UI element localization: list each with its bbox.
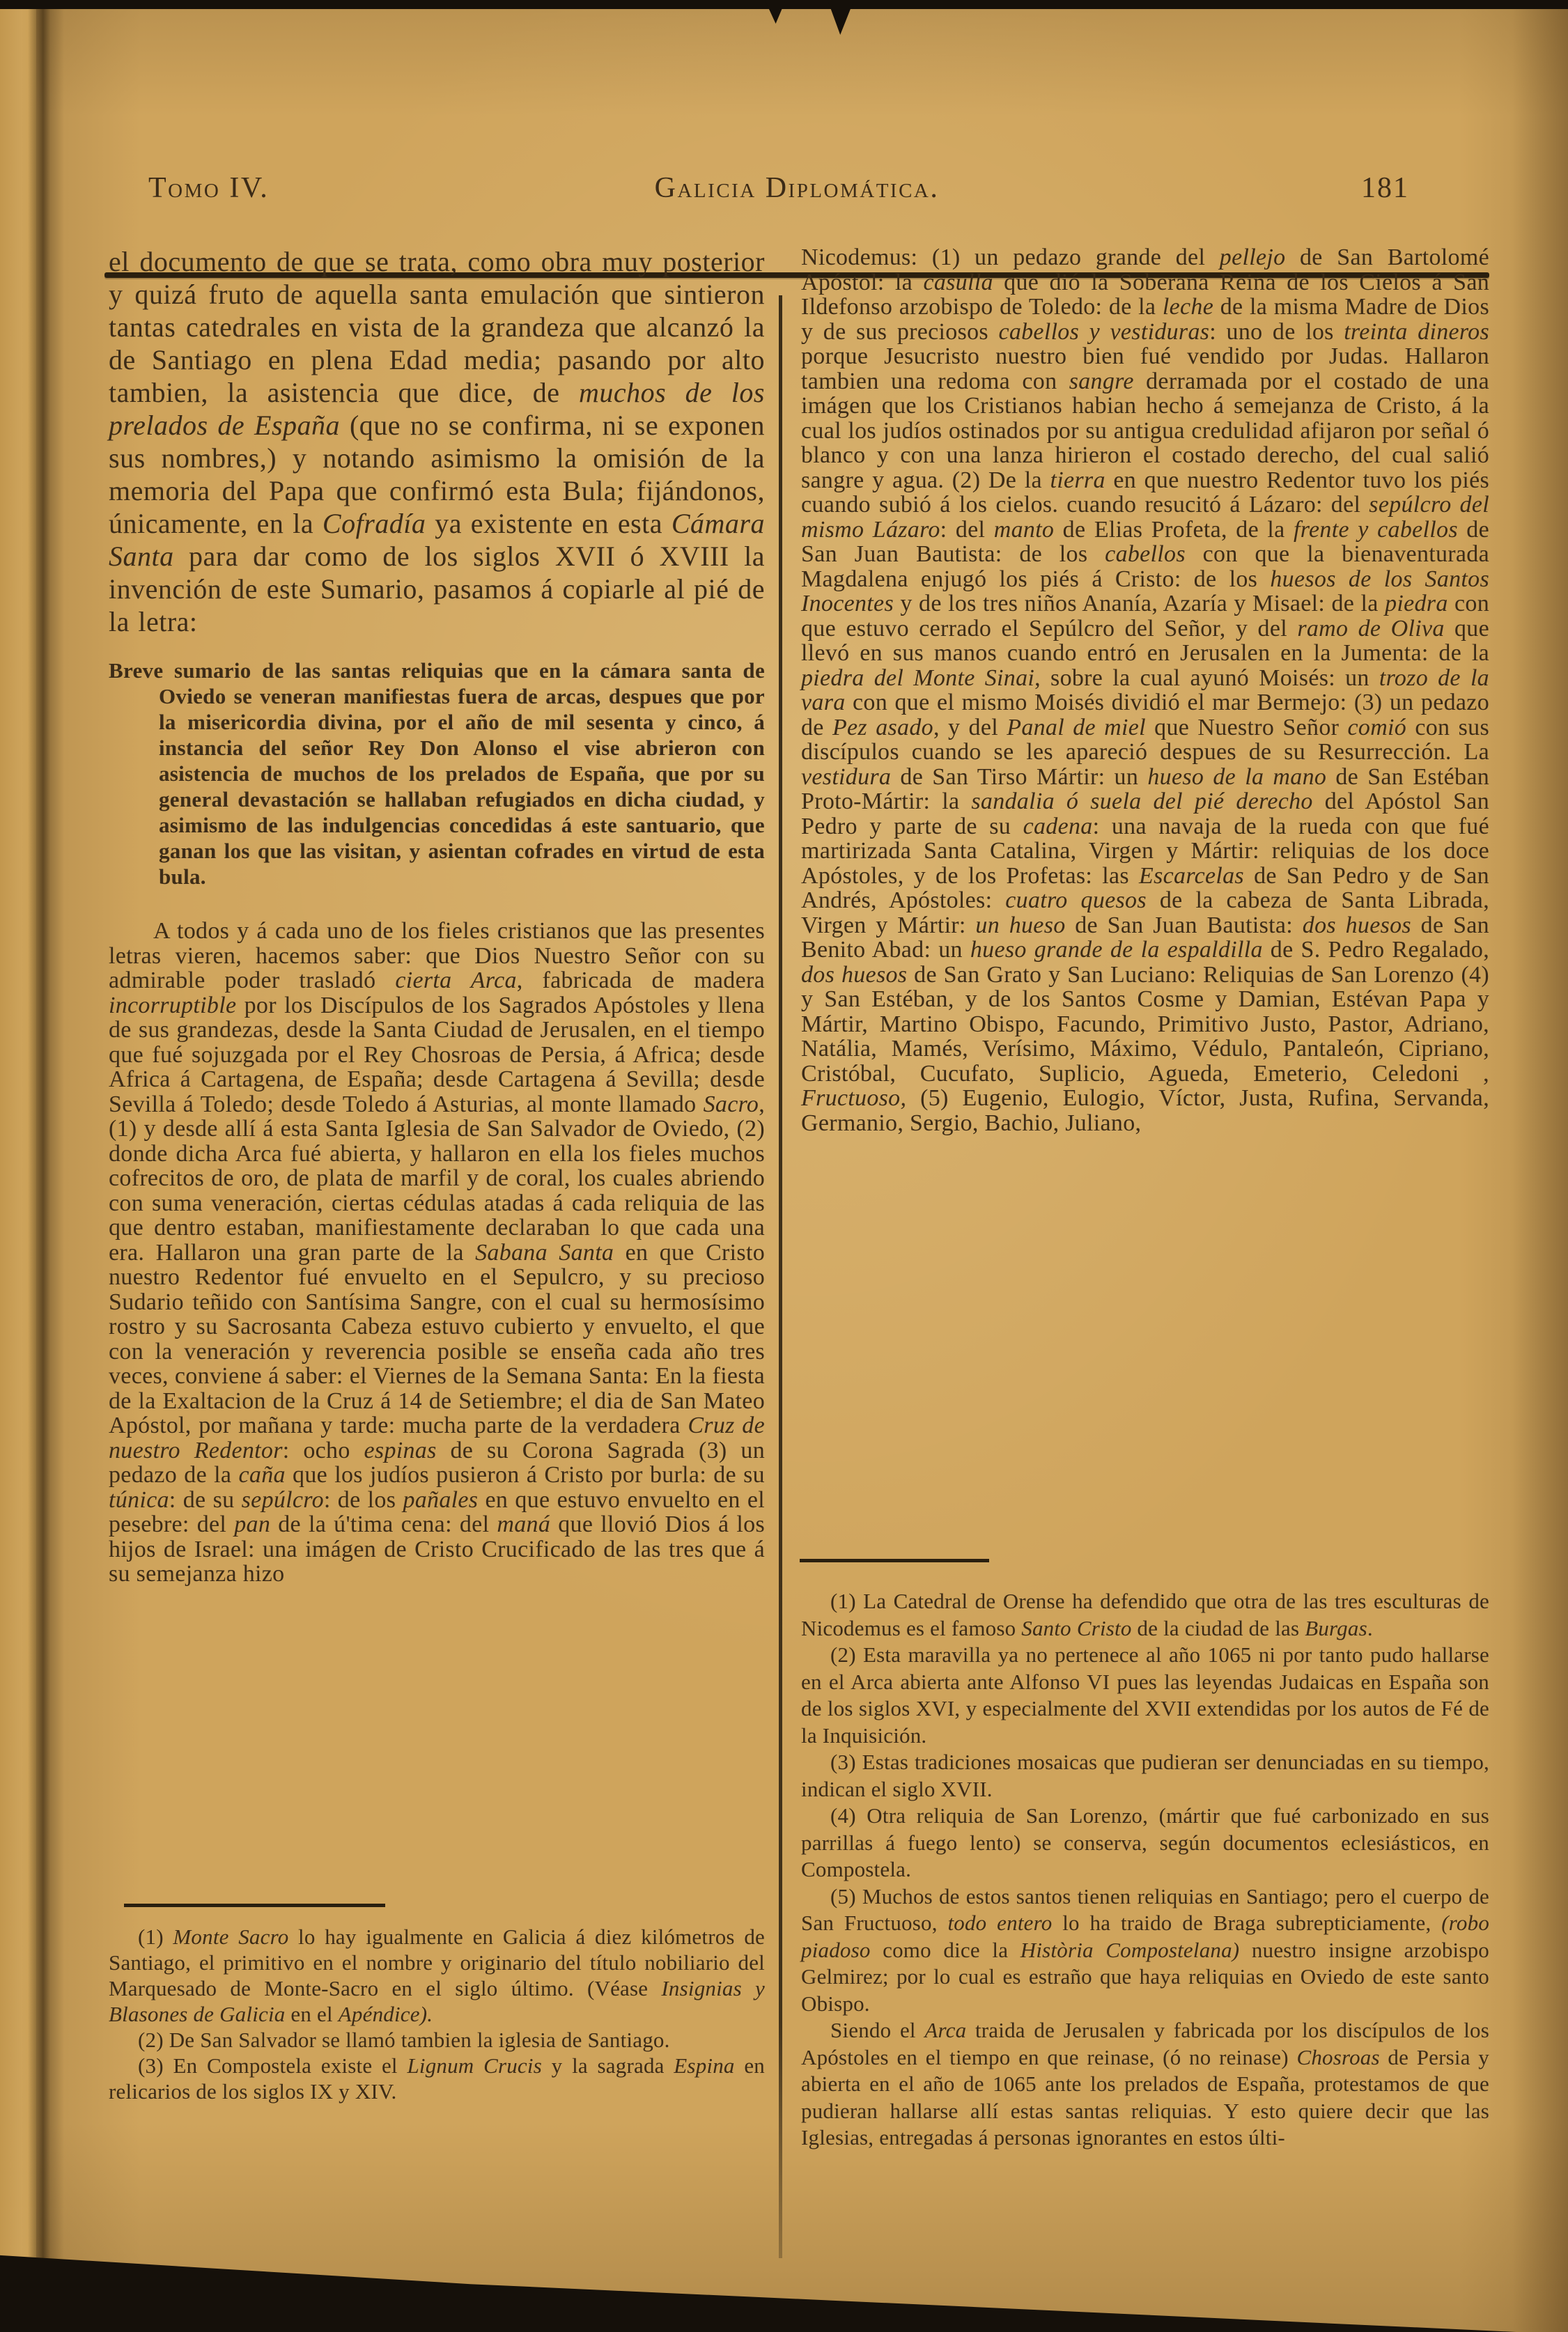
scan-edge-notch (765, 0, 786, 24)
scan-edge-notch (828, 0, 854, 35)
page-number: 181 (1361, 171, 1409, 205)
right-footnotes: (1) La Catedral de Orense ha defendido q… (801, 1588, 1489, 2152)
paragraph-breve-sumario: Breve sumario de las santas reliquias qu… (109, 658, 765, 889)
scan-edge-right-shading (1512, 0, 1568, 2332)
footnote-2: (2) Esta maravilla ya no pertenece al añ… (801, 1642, 1489, 1749)
right-column: Nicodemus: (1) un pedazo grande del pell… (801, 245, 1489, 1135)
footnote-closing: Siendo el Arca traida de Jerusalen y fab… (801, 2017, 1489, 2152)
footnote-rule-right (800, 1559, 989, 1562)
paragraph-documento: A todos y á cada uno de los fieles crist… (109, 919, 765, 1587)
footnote-2: (2) De San Salvador se llamó tambien la … (109, 2027, 765, 2053)
paragraph-intro: el documento de que se trata, como obra … (109, 245, 765, 638)
footnote-3: (3) Estas tradiciones mosaicas que pudie… (801, 1749, 1489, 1803)
footnote-rule-left (124, 1904, 385, 1907)
footnote-4: (4) Otra reliquia de San Lorenzo, (márti… (801, 1803, 1489, 1883)
left-column: el documento de que se trata, como obra … (109, 245, 765, 1587)
left-footnotes: (1) Monte Sacro lo hay igualmente en Gal… (109, 1924, 765, 2104)
book-page-scan: Galicia Diplomática. Tomo IV. 181 el doc… (0, 0, 1568, 2332)
footnote-5: (5) Muchos de estos santos tienen reliqu… (801, 1883, 1489, 2018)
column-divider (779, 295, 782, 2258)
footnote-3: (3) En Compostela existe el Lignum Cruci… (109, 2053, 765, 2104)
volume-label: Tomo IV. (148, 171, 269, 205)
book-gutter-shadow (28, 0, 64, 2332)
running-title: Galicia Diplomática. (104, 171, 1489, 205)
scan-edge-bottom (0, 2212, 1568, 2332)
footnote-1: (1) La Catedral de Orense ha defendido q… (801, 1588, 1489, 1642)
footnote-1: (1) Monte Sacro lo hay igualmente en Gal… (109, 1924, 765, 2027)
paragraph-documento-continuacion: Nicodemus: (1) un pedazo grande del pell… (801, 245, 1489, 1135)
